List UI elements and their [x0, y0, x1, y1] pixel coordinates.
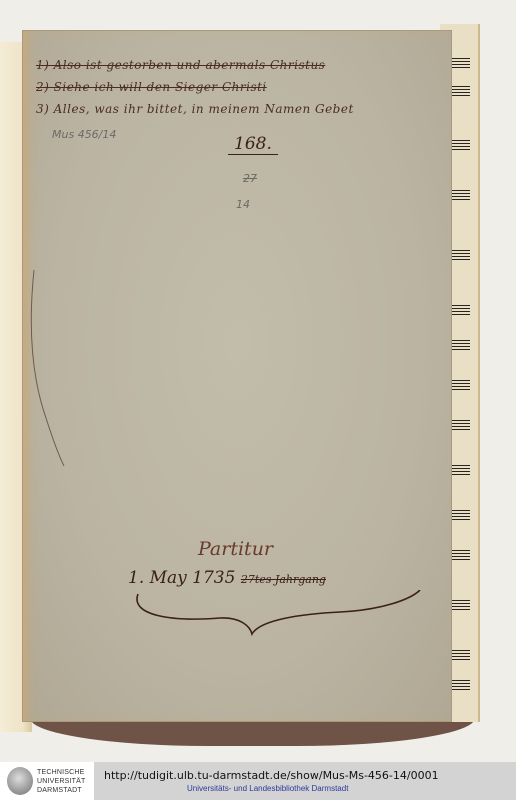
inscription-line-1: 1) Also ist gestorben und abermals Chris… [36, 58, 325, 72]
music-staves-edge [452, 40, 474, 700]
permalink-url[interactable]: http://tudigit.ulb.tu-darmstadt.de/show/… [104, 769, 439, 782]
shelfmark: Mus 456/14 [52, 128, 116, 141]
manuscript-scan: 1) Also ist gestorben und abermals Chris… [0, 0, 516, 762]
pencil-stroke-icon [26, 268, 66, 468]
date-text: 1. May 1735 [128, 568, 235, 588]
old-number: 27 [243, 172, 257, 185]
new-number: 14 [236, 198, 250, 211]
logo-text: TECHNISCHE UNIVERSITÄT DARMSTADT [37, 768, 85, 795]
flourish-icon [130, 590, 430, 640]
date-line: 1. May 1735 27tes Jahrgang [128, 568, 326, 588]
catalog-number: 168. [228, 134, 278, 155]
tu-darmstadt-athena-head-icon [7, 767, 33, 795]
page-shadow [30, 718, 475, 746]
inscription-line-2: 2) Siehe ich will den Sieger Christi [36, 80, 267, 94]
score-title: Partitur [198, 538, 273, 560]
date-suffix: 27tes Jahrgang [241, 573, 326, 586]
footer-bar: TECHNISCHE UNIVERSITÄT DARMSTADT http://… [0, 762, 516, 800]
university-logo[interactable]: TECHNISCHE UNIVERSITÄT DARMSTADT [0, 762, 94, 800]
library-name-link[interactable]: Universitäts- und Landesbibliothek Darms… [187, 784, 348, 793]
inscription-line-3: 3) Alles, was ihr bittet, in meinem Name… [36, 102, 354, 116]
